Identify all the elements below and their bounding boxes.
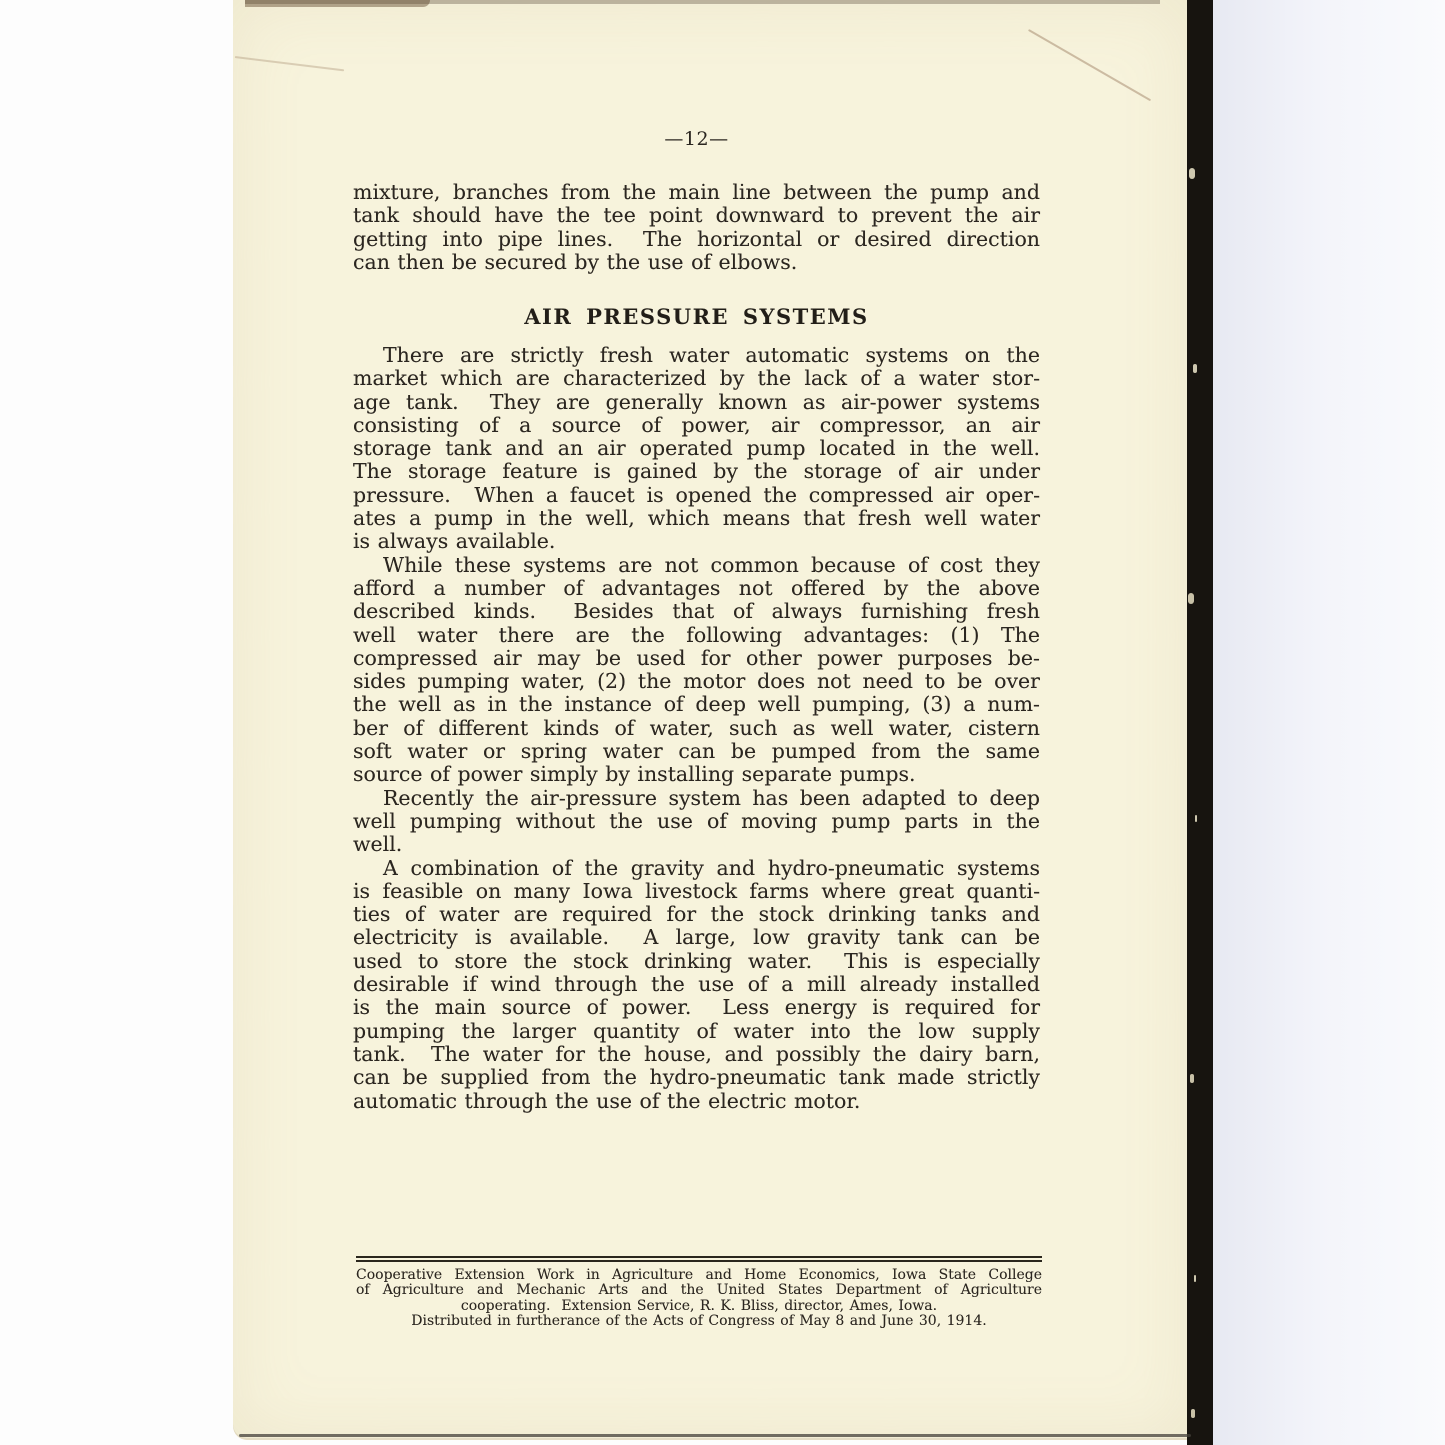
body-paragraph: A combination of the gravity and hydro-p… — [353, 857, 1040, 1113]
text-line: automatic through the use of the electri… — [353, 1090, 1040, 1113]
text-line: soft water or spring water can be pumped… — [353, 740, 1040, 763]
text-line: is the main source of power. Less energy… — [353, 996, 1040, 1019]
lead-paragraph: mixture, branches from the main line bet… — [353, 181, 1040, 275]
text-line: pumping the larger quantity of water int… — [353, 1020, 1040, 1043]
text-line: well. — [353, 833, 1040, 856]
page-top-edge-smudge-dark — [245, 0, 430, 7]
text-line: consisting of a source of power, air com… — [353, 414, 1040, 437]
text-line: electricity is available. A large, low g… — [353, 926, 1040, 949]
text-line: There are strictly fresh water automatic… — [353, 344, 1040, 367]
page-number: —12— — [353, 128, 1040, 150]
body-paragraph: While these systems are not common becau… — [353, 554, 1040, 787]
text-line: used to store the stock drinking water. … — [353, 950, 1040, 973]
footnote-rule — [356, 1256, 1042, 1262]
text-line: storage tank and an air operated pump lo… — [353, 437, 1040, 460]
scan-background: —12— mixture, branches from the main lin… — [0, 0, 1445, 1445]
text-line: well water there are the following advan… — [353, 624, 1040, 647]
footnote: Cooperative Extension Work in Agricultur… — [356, 1268, 1042, 1330]
text-line: A combination of the gravity and hydro-p… — [353, 857, 1040, 880]
text-line: is feasible on many Iowa livestock farms… — [353, 880, 1040, 903]
text-line: ties of water are required for the stock… — [353, 903, 1040, 926]
text-line: source of power simply by installing sep… — [353, 763, 1040, 786]
scanner-bed-background — [1213, 0, 1445, 1445]
footnote-line: Distributed in furtherance of the Acts o… — [356, 1314, 1042, 1329]
text-line: market which are characterized by the la… — [353, 367, 1040, 390]
text-line: described kinds. Besides that of always … — [353, 600, 1040, 623]
body-paragraph: Recently the air-pressure system has bee… — [353, 787, 1040, 857]
text-line: can then be secured by the use of elbows… — [353, 251, 1040, 274]
section-heading: AIR PRESSURE SYSTEMS — [353, 304, 1040, 329]
footnote-line: cooperating. Extension Service, R. K. Bl… — [356, 1299, 1042, 1314]
text-line: age tank. They are generally known as ai… — [353, 391, 1040, 414]
text-line: While these systems are not common becau… — [353, 554, 1040, 577]
text-line: mixture, branches from the main line bet… — [353, 181, 1040, 204]
text-line: well pumping without the use of moving p… — [353, 810, 1040, 833]
text-line: The storage feature is gained by the sto… — [353, 460, 1040, 483]
footnote-line: of Agriculture and Mechanic Arts and the… — [356, 1283, 1042, 1298]
text-line: tank. The water for the house, and possi… — [353, 1043, 1040, 1066]
text-line: ates a pump in the well, which means tha… — [353, 507, 1040, 530]
text-line: pressure. When a faucet is opened the co… — [353, 484, 1040, 507]
text-line: the well as in the instance of deep well… — [353, 693, 1040, 716]
book-spine-edge — [1187, 0, 1213, 1445]
body-paragraph: There are strictly fresh water automatic… — [353, 344, 1040, 554]
text-line: is always available. — [353, 530, 1040, 553]
spine-wear-marks — [1189, 168, 1195, 179]
text-line: ber of different kinds of water, such as… — [353, 717, 1040, 740]
body-text: There are strictly fresh water automatic… — [353, 344, 1040, 1113]
page-bottom-edge-line — [239, 1434, 1191, 1437]
text-line: sides pumping water, (2) the motor does … — [353, 670, 1040, 693]
text-line: afford a number of advantages not offere… — [353, 577, 1040, 600]
text-line: Recently the air-pressure system has bee… — [353, 787, 1040, 810]
text-line: getting into pipe lines. The horizontal … — [353, 228, 1040, 251]
text-line: desirable if wind through the use of a m… — [353, 973, 1040, 996]
text-line: can be supplied from the hydro-pneumatic… — [353, 1066, 1040, 1089]
footnote-line: Cooperative Extension Work in Agricultur… — [356, 1268, 1042, 1283]
text-line: compressed air may be used for other pow… — [353, 647, 1040, 670]
text-line: tank should have the tee point downward … — [353, 204, 1040, 227]
